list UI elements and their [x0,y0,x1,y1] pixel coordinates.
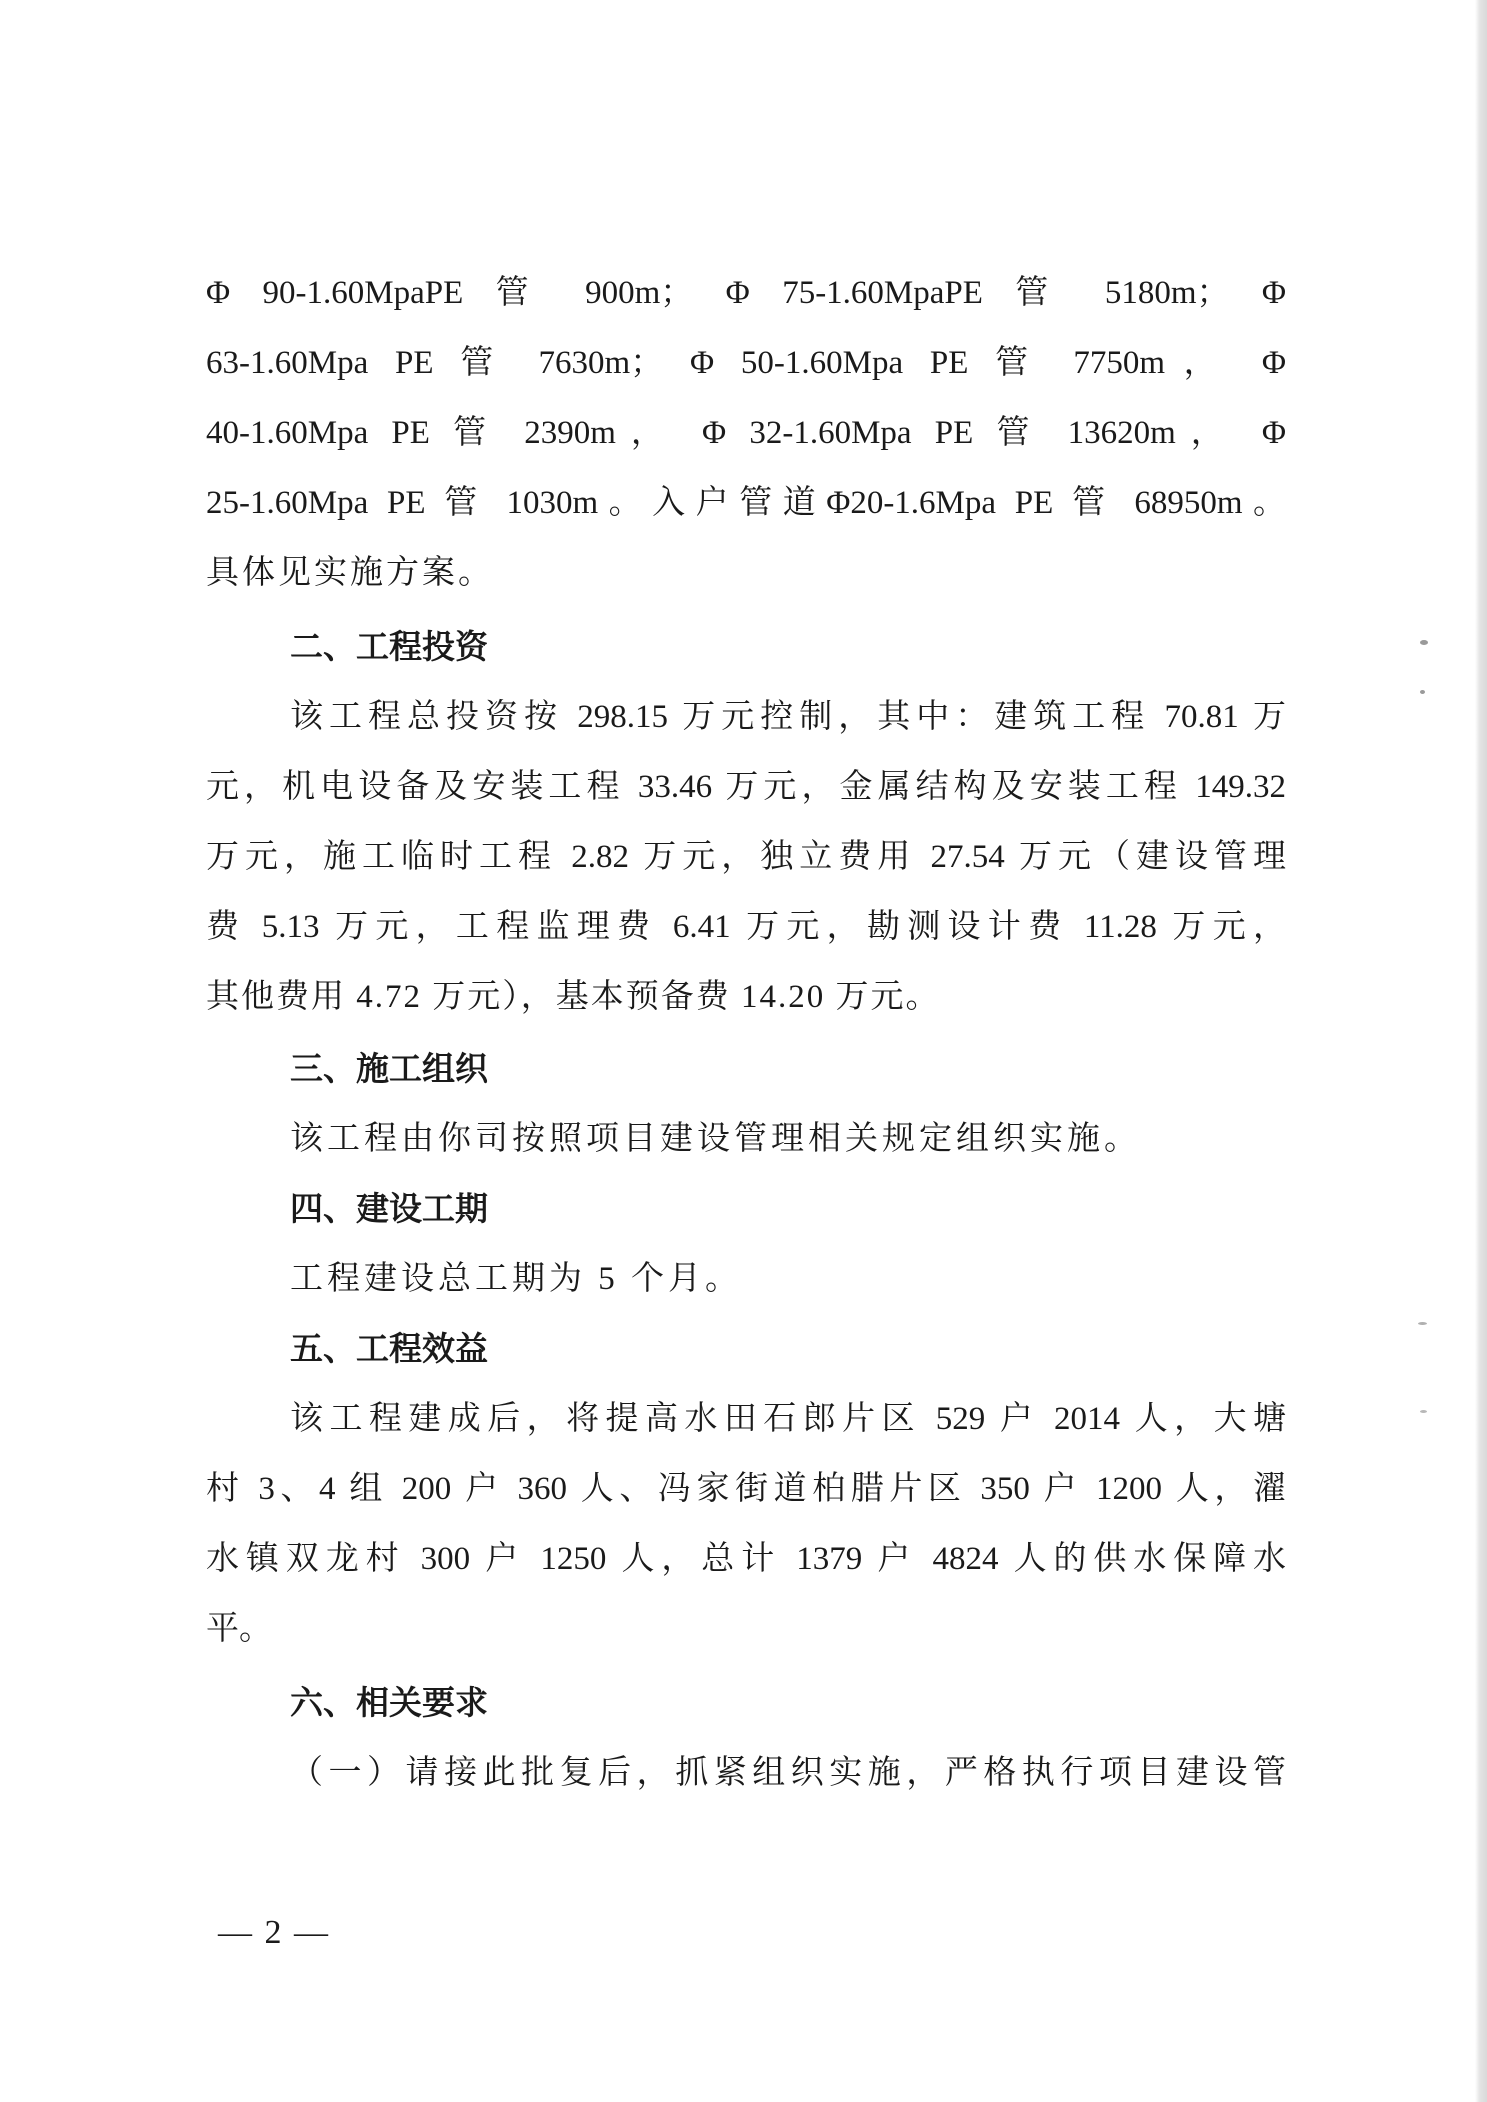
section-heading-investment: 二、工程投资 [290,622,1286,672]
investment-line-3: 万元，施工临时工程 2.82 万元，独立费用 27.54 万元（建设管理 [206,832,1286,882]
construction-organization-text: 该工程由你司按照项目建设管理相关规定组织实施。 [290,1114,1286,1164]
construction-period-text: 工程建设总工期为 5 个月。 [290,1254,1286,1304]
requirements-line-1: （一）请接此批复后，抓紧组织实施，严格执行项目建设管 [290,1748,1286,1798]
document-page: Φ 90-1.60MpaPE 管 900m； Φ 75-1.60MpaPE 管 … [0,0,1487,2102]
pipe-spec-line-2: 63-1.60Mpa PE 管 7630m； Φ 50-1.60Mpa PE 管… [206,338,1286,388]
investment-line-1: 该工程总投资按 298.15 万元控制，其中：建筑工程 70.81 万 [290,692,1286,742]
section-heading-construction-period: 四、建设工期 [290,1184,1286,1234]
investment-line-5: 其他费用 4.72 万元），基本预备费 14.20 万元。 [206,972,1286,1022]
pipe-spec-line-1: Φ 90-1.60MpaPE 管 900m； Φ 75-1.60MpaPE 管 … [206,268,1286,318]
benefits-line-2: 村 3、4 组 200 户 360 人、冯家街道柏腊片区 350 户 1200 … [206,1464,1286,1514]
benefits-line-1: 该工程建成后，将提高水田石郎片区 529 户 2014 人，大塘 [290,1394,1286,1444]
benefits-line-3: 水镇双龙村 300 户 1250 人，总计 1379 户 4824 人的供水保障… [206,1534,1286,1584]
section-heading-requirements: 六、相关要求 [290,1678,1286,1728]
investment-line-4: 费 5.13 万元，工程监理费 6.41 万元，勘测设计费 11.28 万元， [206,902,1286,952]
page-number: — 2 — [218,1908,330,1958]
pipe-spec-line-3: 40-1.60Mpa PE 管 2390m， Φ 32-1.60Mpa PE 管… [206,408,1286,458]
scan-edge-shadow [1475,0,1487,2102]
benefits-line-4: 平。 [206,1604,1286,1654]
scan-speck [1420,1410,1427,1413]
investment-line-2: 元，机电设备及安装工程 33.46 万元，金属结构及安装工程 149.32 [206,762,1286,812]
section-heading-construction-organization: 三、施工组织 [290,1044,1286,1094]
section-heading-benefits: 五、工程效益 [290,1324,1286,1374]
pipe-spec-line-4: 25-1.60Mpa PE 管 1030m。入户管道Φ20-1.6Mpa PE … [206,478,1286,528]
scan-speck [1418,1322,1427,1325]
scan-speck [1420,640,1428,645]
pipe-spec-line-5: 具体见实施方案。 [206,548,1286,598]
scan-speck [1420,690,1425,694]
